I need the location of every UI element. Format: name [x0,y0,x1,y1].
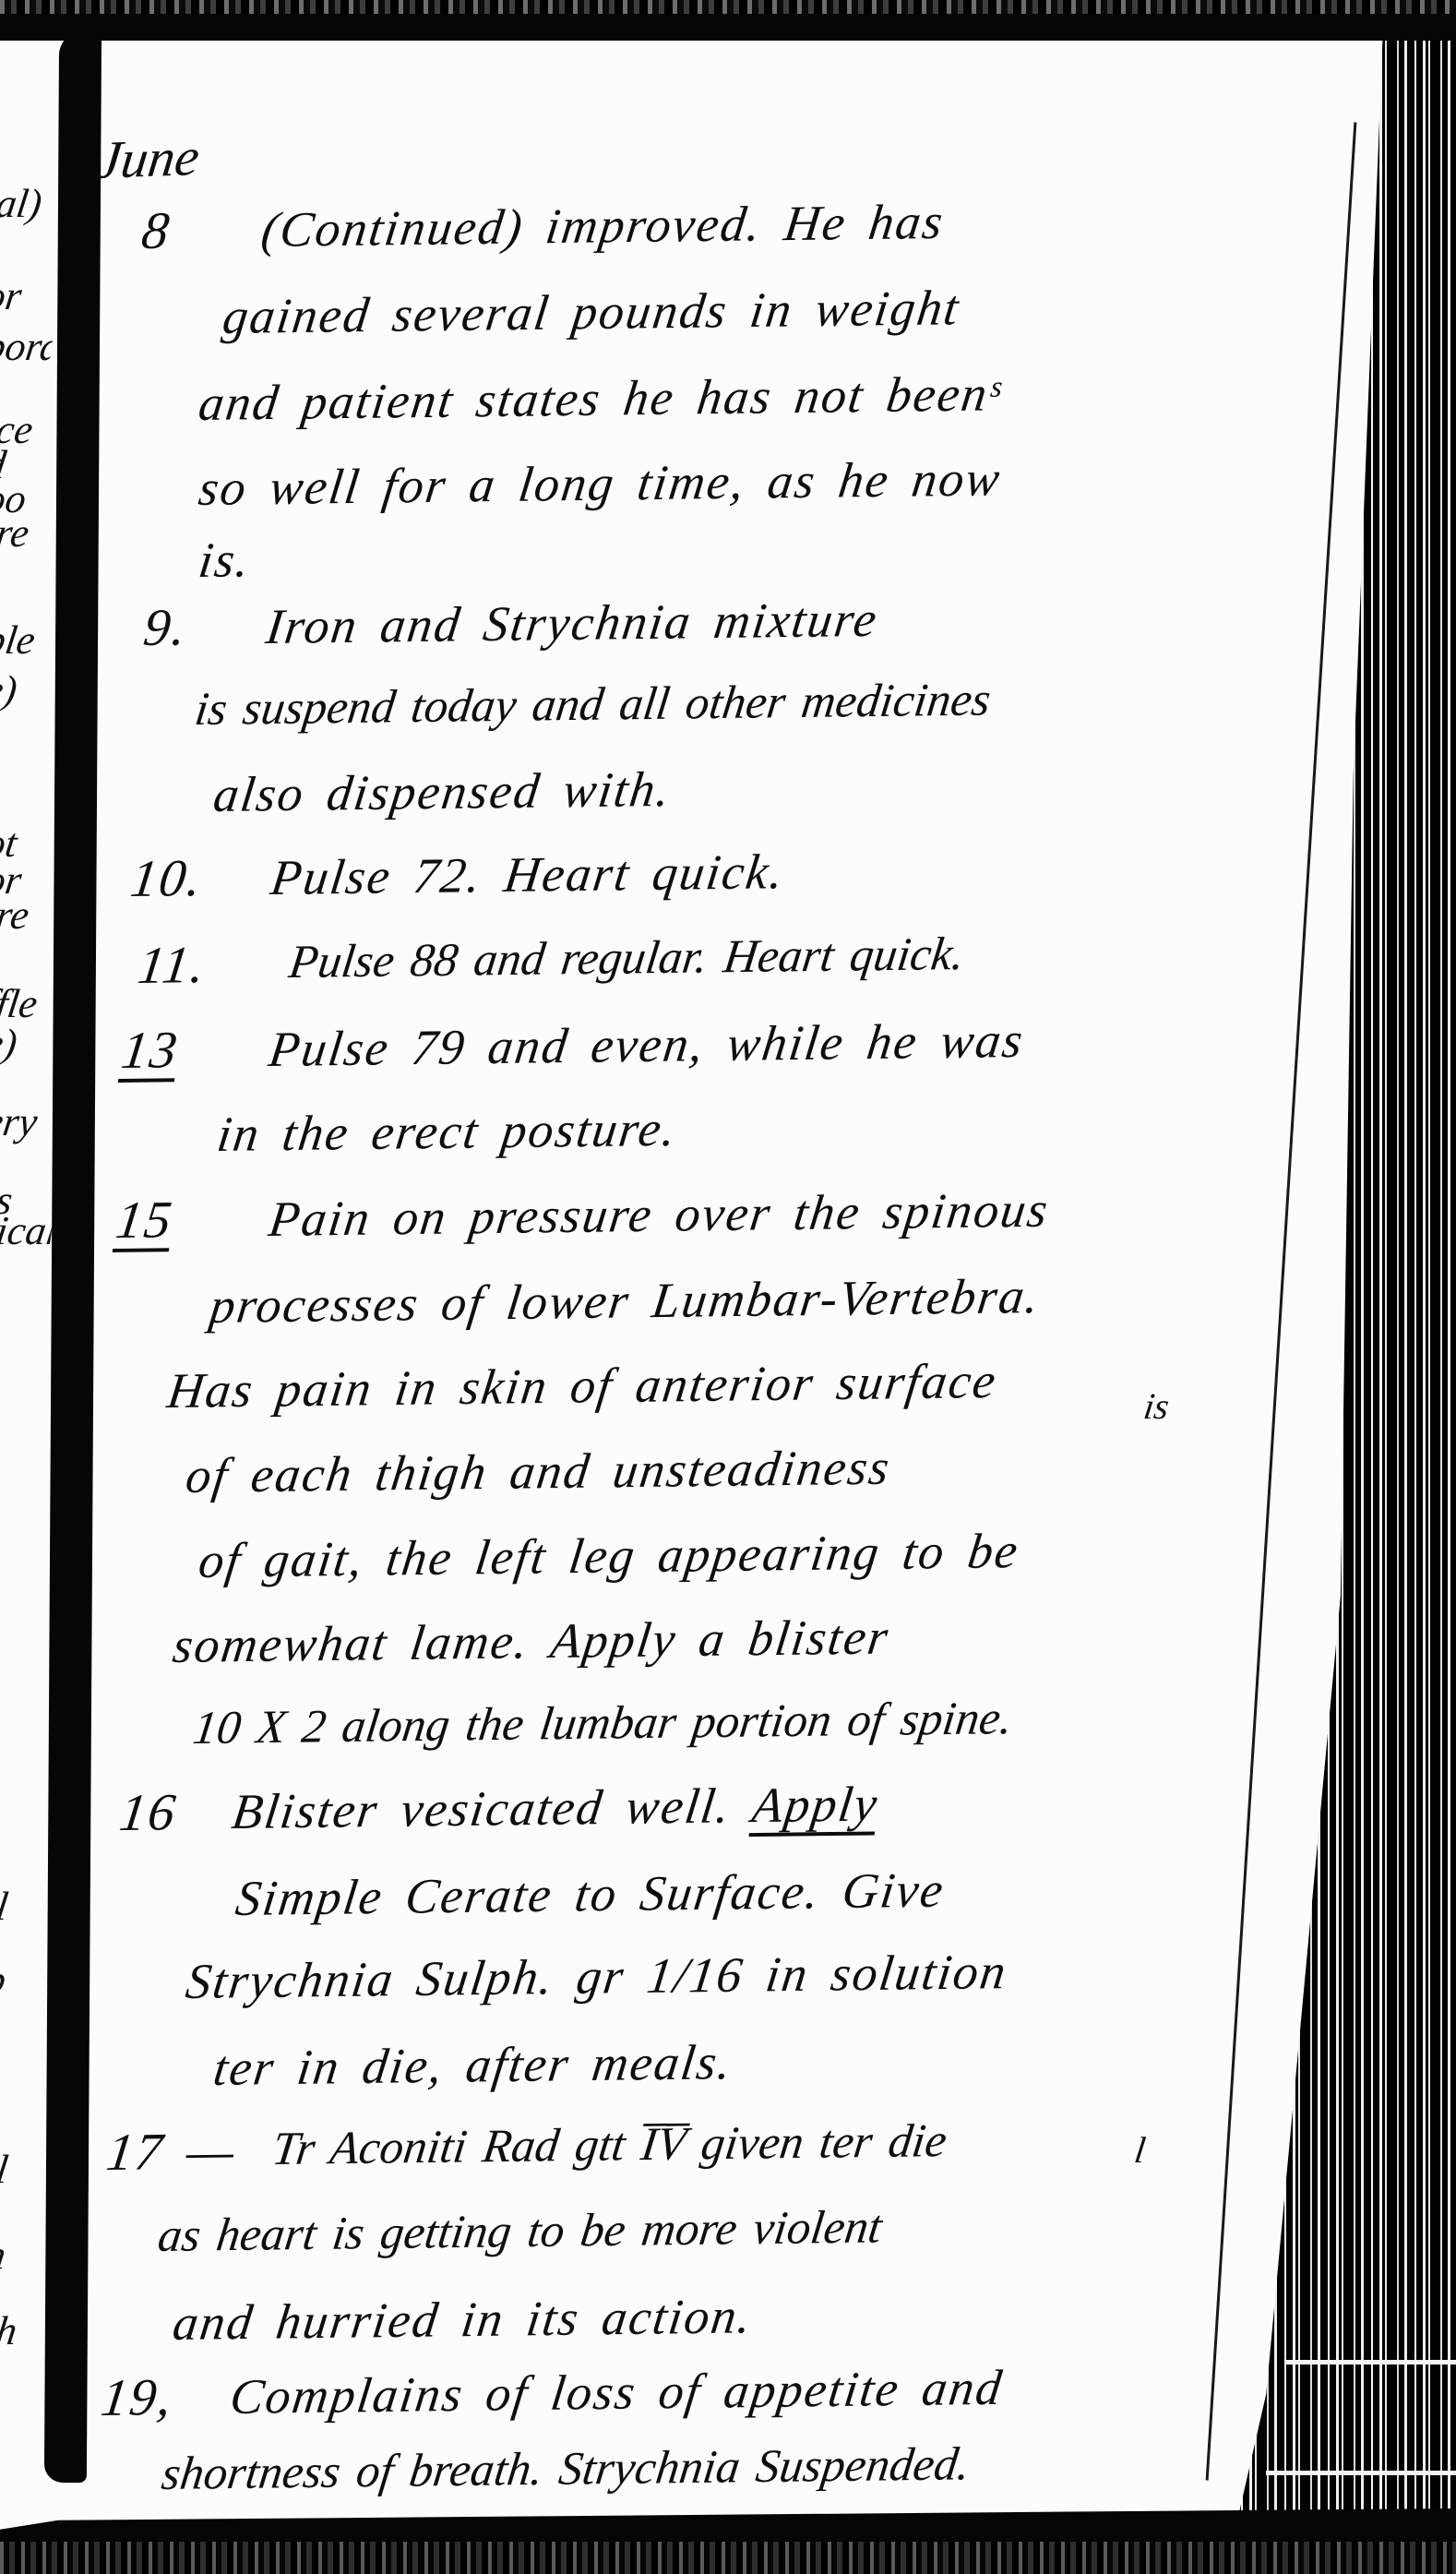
entry-line: in the erect posture. [0,1106,1456,1179]
entry-text: processes of lower Lumbar-Vertebra. [207,1267,1044,1335]
entry-line: 11. Pulse 88 and regular. Heart quick. [0,936,1456,1010]
entry-text-part: Blister vesicated well. [229,1778,757,1839]
entry-day-number: 16 [116,1782,180,1843]
entry-day-number: 10. [127,848,207,909]
scanned-page: ial) or bord ice d oo tre ple e) ot or t… [0,0,1456,2574]
entry-day-number: 11. [135,935,209,996]
entry-line: 16 Blister vesicated well. Apply [0,1783,1456,1857]
entry-text: and hurried in its action. [170,2287,756,2352]
entry-line: of each thigh and unsteadiness [0,1447,1456,1521]
scan-top-noise [0,0,1456,14]
entry-text: Iron and Strychnia mixture [263,591,881,655]
entry-text: as heart is getting to be more violent [155,2200,885,2263]
entry-text: is suspend today and all other medicines [192,673,994,736]
entry-line: 8 (Continued) improved. He has [0,201,1456,275]
entry-line: and patient states he has not beenˢ [0,375,1456,449]
entry-text: of gait, the left leg appearing to be [196,1522,1022,1589]
entry-line: as heart is getting to be more violent [0,2209,1456,2283]
entry-text-underlined: Apply [749,1776,882,1833]
month-heading: June [94,126,203,191]
entry-text: Pulse 88 and regular. Heart quick. [286,928,968,989]
entry-text: in the erect posture. [214,1100,681,1163]
binding-gap-line [1284,2360,1456,2364]
entry-text: Complains of loss of appetite and [227,2359,1007,2425]
entry-line: 9. Iron and Strychnia mixture [0,598,1456,672]
entry-day-number: 15 [113,1190,176,1251]
entry-text: gained several pounds in weight [220,279,963,345]
entry-line: 15 Pain on pressure over the spinous [0,1191,1456,1264]
entry-text: Tr Aconiti Rad gtt I̅V̅ given ter die [269,2114,949,2176]
entry-text: is. [196,531,255,589]
entry-line: Simple Cerate to Surface. Give [0,1870,1456,1944]
entry-text: ter in die, after meals. [210,2033,736,2097]
entry-text: so well for a long time, as he now [196,449,1005,517]
entry-line: 10. Pulse 72. Heart quick. [0,849,1456,923]
scan-bottom-noise [0,2542,1456,2574]
entry-text: Blister vesicated well. Apply [229,1775,882,1840]
entry-text: and patient states he has not beenˢ [196,365,1005,432]
entry-line: gained several pounds in weight [0,288,1456,362]
entry-line: is suspend today and all other medicines [0,683,1456,757]
binding-gap-line [1266,2471,1456,2475]
entry-day-number: 8 [138,201,174,261]
entry-line: also dispensed with. [0,766,1456,840]
entry-line: 17 — Tr Aconiti Rad gtt I̅V̅ given ter d… [0,2123,1456,2197]
entry-text: (Continued) improved. He has [258,193,948,258]
entry-line: 10 X 2 along the lumbar portion of spine… [0,1702,1456,1776]
entry-text: Pain on pressure over the spinous [266,1181,1053,1248]
entry-text: 10 X 2 along the lumbar portion of spine… [190,1692,1016,1755]
entry-text: Pulse 72. Heart quick. [268,843,788,906]
entry-line: and hurried in its action. [0,2294,1456,2368]
entry-text: Simple Cerate to Surface. Give [233,1862,949,1927]
entry-text: shortness of breath. Strychnia Suspended… [159,2437,973,2501]
entry-line: 19, Complains of loss of appetite and [0,2368,1456,2442]
entry-day-number: 13 [118,1020,182,1081]
entry-text: somewhat lame. Apply a blister [170,1609,893,1674]
entry-text: Pulse 79 and even, while he was [266,1012,1028,1078]
entry-day-number: 9. [140,597,191,658]
entry-text: Has pain in skin of anterior surface [164,1352,1000,1419]
entry-text: also dispensed with. [210,760,674,823]
entry-day-number: 19, [98,2367,177,2428]
entry-text: of each thigh and unsteadiness [183,1439,894,1504]
entry-line: somewhat lame. Apply a blister [0,1617,1456,1691]
entry-line: Has pain in skin of anterior surface [0,1362,1456,1436]
entry-text: Strychnia Sulph. gr 1/16 in solution [183,1943,1010,2010]
entry-line: 13 Pulse 79 and even, while he was [0,1021,1456,1095]
entry-day-number: 17 — [103,2121,240,2183]
entry-line: ter in die, after meals. [0,2040,1456,2113]
entry-line: processes of lower Lumbar-Vertebra. [0,1277,1456,1351]
entry-line: of gait, the left leg appearing to be [0,1532,1456,1606]
entry-line: so well for a long time, as he now [0,460,1456,533]
